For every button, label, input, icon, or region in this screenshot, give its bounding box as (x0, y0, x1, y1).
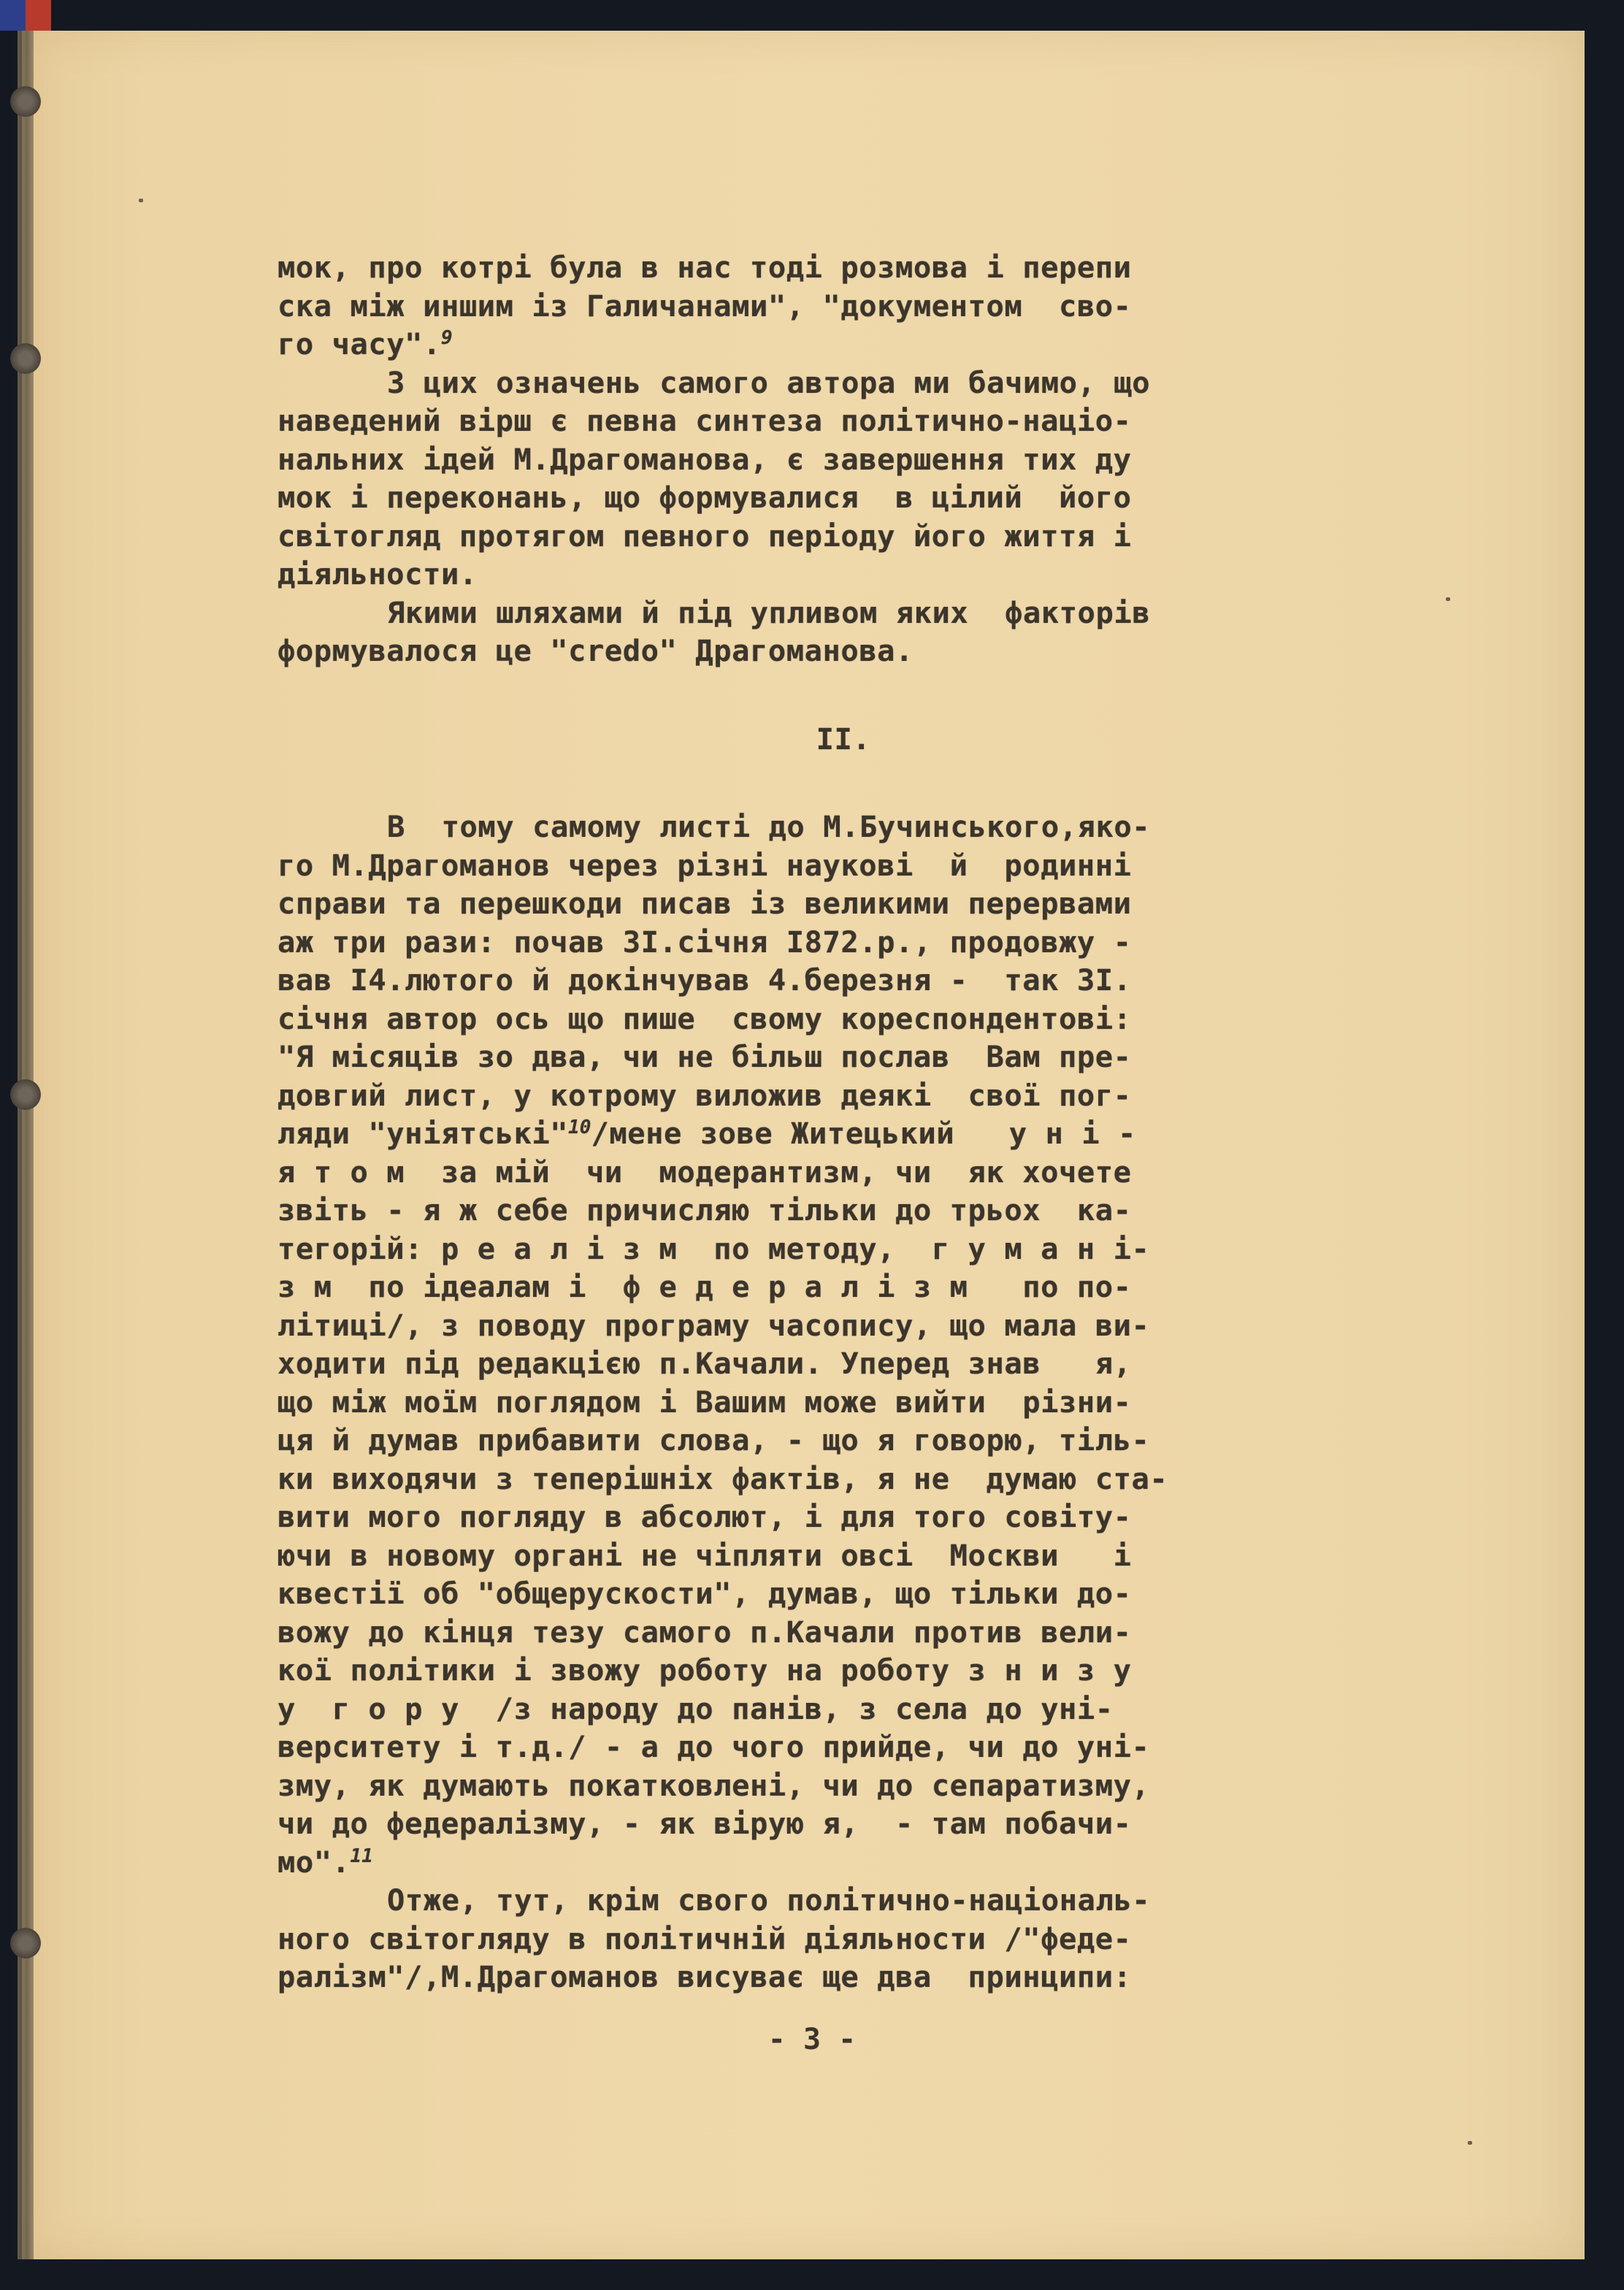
text-line: січня автор ось що пише свому кореспонде… (277, 1000, 1439, 1038)
text-line: чи до федералізму, - як вірую я, - там п… (277, 1804, 1439, 1843)
footnote-marker: 10 (568, 1117, 591, 1138)
paragraph: Якими шляхами й під упливом яких факторі… (277, 594, 1439, 670)
paper-speck (1468, 2141, 1472, 2145)
binding-knot-icon (10, 1079, 41, 1110)
text-line: зму, як думають покатковлені, чи до сепа… (277, 1766, 1439, 1805)
text-line: квестії об "общерускости", думав, що тіл… (277, 1574, 1439, 1613)
text-line: світогляд протягом певного періоду його … (277, 517, 1439, 556)
text-fragment: ляди "уніятські" (277, 1116, 568, 1151)
text-line: з м по ідеалам і ф е д е р а л і з м по … (277, 1268, 1439, 1306)
text-line: мок і переконань, що формувалися в цілий… (277, 478, 1439, 517)
text-line: у г о р у /з народу до панів, з села до … (277, 1690, 1439, 1728)
spacer (277, 758, 1439, 808)
text-line: я т о м за мій чи модерантизм, чи як хоч… (277, 1153, 1439, 1192)
text-line: Якими шляхами й під упливом яких факторі… (277, 594, 1439, 632)
section-heading: II. (277, 720, 1439, 759)
paper-speck (1446, 597, 1450, 601)
text-line: ючи в новому органі не чіпляти овсі Моск… (277, 1536, 1439, 1575)
document-body: мок, про котрі була в нас тоді розмова і… (277, 248, 1439, 1996)
footnote-marker: 9 (441, 327, 453, 349)
text-line: ця й думав прибавити слова, - що я говор… (277, 1421, 1439, 1460)
paragraph: В тому самому листі до М.Бучинського,яко… (277, 808, 1439, 1881)
text-fragment: /мене зове Житецький у н і - (591, 1116, 1136, 1151)
text-line: формувалося це "credo" Драгоманова. (277, 632, 1439, 670)
text-line: справи та перешкоди писав із великими пе… (277, 884, 1439, 923)
text-line: вожу до кінця тезу самого п.Качали проти… (277, 1613, 1439, 1652)
footnote-marker: 11 (351, 1845, 373, 1867)
text-line: вав I4.лютого й докінчував 4.березня - т… (277, 961, 1439, 1000)
text-line: верситету і т.д./ - а до чого прийде, чи… (277, 1728, 1439, 1766)
text-line: "Я місяців зо два, чи не більш послав Ва… (277, 1038, 1439, 1076)
text-line: що між моїм поглядом і Вашим може вийти … (277, 1383, 1439, 1422)
text-line: мок, про котрі була в нас тоді розмова і… (277, 248, 1439, 287)
text-line: звіть - я ж себе причисляю тільки до трь… (277, 1191, 1439, 1230)
text-line: довгий лист, у котрому виложив деякі сво… (277, 1076, 1439, 1115)
text-fragment: мо". (277, 1845, 351, 1880)
text-line: ки виходячи з теперішніх фактів, я не ду… (277, 1460, 1439, 1498)
paragraph: мок, про котрі була в нас тоді розмова і… (277, 248, 1439, 364)
binding-knot-icon (10, 1928, 41, 1958)
text-line: В тому самому листі до М.Бучинського,яко… (277, 808, 1439, 846)
binding-knot-icon (10, 343, 41, 374)
paragraph: Отже, тут, крім свого політично-націонал… (277, 1881, 1439, 1996)
text-line: ходити під редакцією п.Качали. Уперед зн… (277, 1344, 1439, 1383)
text-line: ралізм"/,М.Драгоманов висуває ще два при… (277, 1958, 1439, 1996)
text-line: наведений вірш є певна синтеза політично… (277, 402, 1439, 440)
text-line: літиці/, з поводу програму часопису, що … (277, 1306, 1439, 1345)
text-line: Отже, тут, крім свого політично-націонал… (277, 1881, 1439, 1920)
text-line: го М.Драгоманов через різні наукові й ро… (277, 846, 1439, 885)
corner-color-mark (0, 0, 51, 31)
text-line: аж три рази: почав 3I.січня I872.р., про… (277, 923, 1439, 962)
text-line: ляди "уніятські"10/мене зове Житецький у… (277, 1114, 1439, 1153)
text-line: нальних ідей М.Драгоманова, є завершення… (277, 440, 1439, 479)
text-line: ного світогляду в політичній діяльности … (277, 1920, 1439, 1958)
paper-speck (139, 199, 143, 202)
paragraph: З цих означень самого автора ми бачимо, … (277, 364, 1439, 594)
text-line: го часу".9 (277, 325, 1439, 364)
binding-knot-icon (10, 86, 41, 117)
text-line: вити мого погляду в абсолют, і для того … (277, 1498, 1439, 1536)
text-line: ска між иншим із Галичанами", "документо… (277, 287, 1439, 326)
text-line: мо".11 (277, 1843, 1439, 1882)
text-line: З цих означень самого автора ми бачимо, … (277, 364, 1439, 402)
text-fragment: го часу". (277, 326, 441, 361)
text-line: діяльности. (277, 555, 1439, 594)
page-number: - 3 - (0, 2023, 1624, 2056)
text-line: кої політики і звожу роботу на роботу з … (277, 1651, 1439, 1690)
spacer (277, 670, 1439, 720)
scanned-page-viewer: мок, про котрі була в нас тоді розмова і… (0, 0, 1624, 2290)
text-line: тегорій: р е а л і з м по методу, г у м … (277, 1230, 1439, 1268)
